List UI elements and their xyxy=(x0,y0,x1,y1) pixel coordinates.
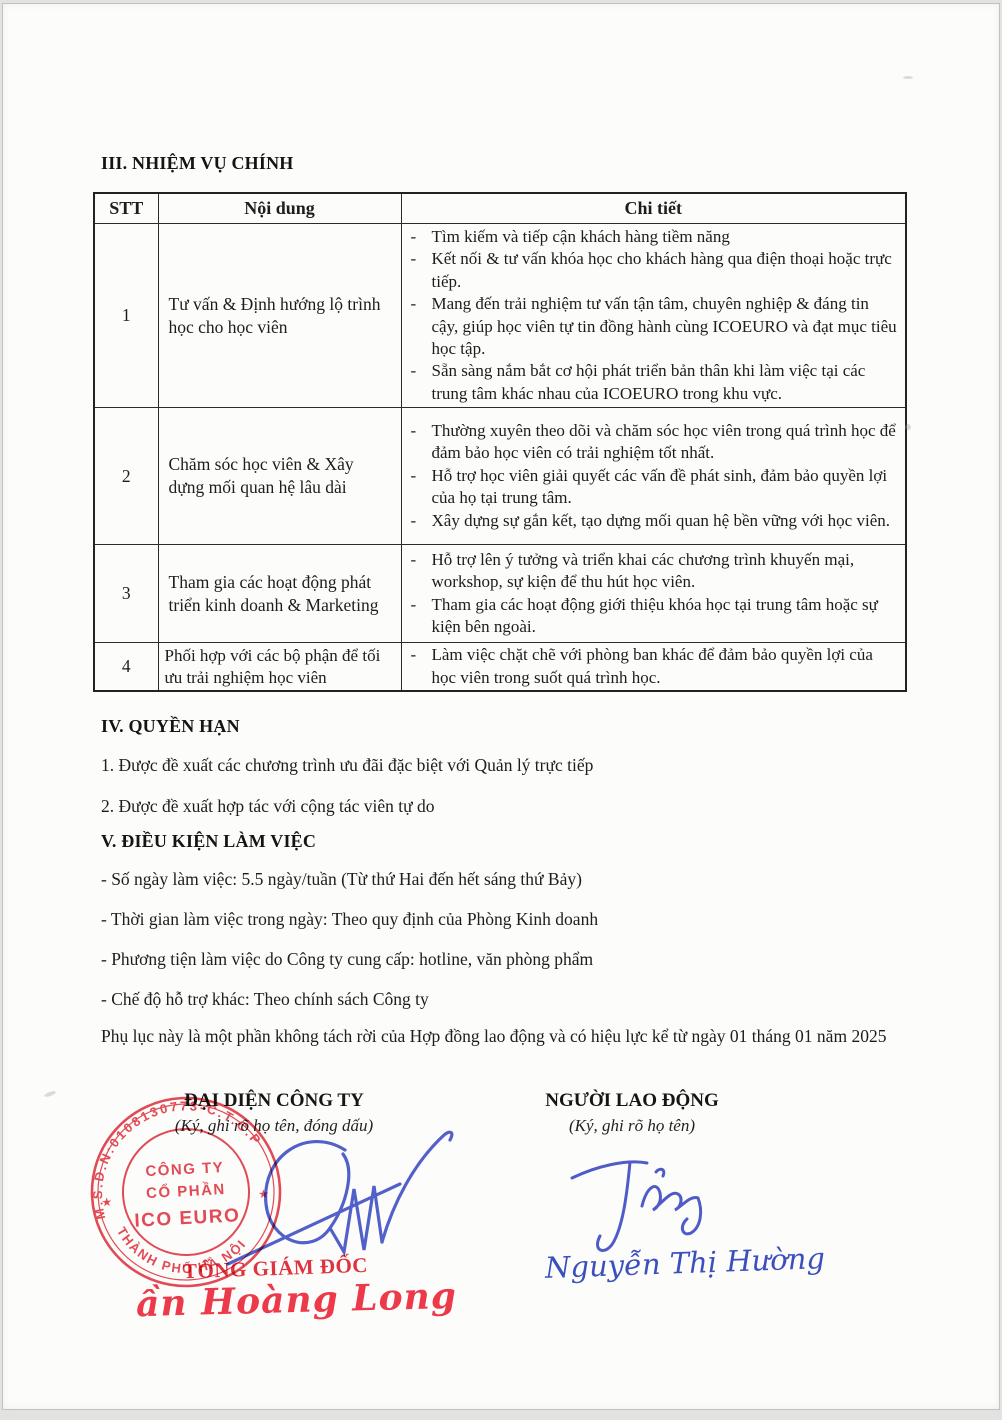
table-row: 3 Tham gia các hoạt động phát triển kinh… xyxy=(94,545,906,643)
table-row: 2 Chăm sóc học viên & Xây dựng mối quan … xyxy=(94,408,906,545)
section-3-title: III. NHIỆM VỤ CHÍNH xyxy=(101,153,294,174)
detail-item: -Thường xuyên theo dõi và chăm sóc học v… xyxy=(402,420,902,465)
right-item-1: 1. Được đề xuất các chương trình ưu đãi … xyxy=(101,755,593,776)
signature-cross-stroke xyxy=(228,1184,400,1264)
col-header-noidung: Nội dung xyxy=(158,193,401,224)
detail-item: -Tìm kiếm và tiếp cận khách hàng tiềm nă… xyxy=(402,226,902,248)
bullet-dash: - xyxy=(402,248,432,293)
right-item-2: 2. Được đề xuất hợp tác với cộng tác viê… xyxy=(101,796,434,817)
scan-artifact xyxy=(903,76,913,79)
signature-squiggle-stroke xyxy=(642,1187,698,1210)
stamp-company-line-1: CÔNG TY xyxy=(145,1158,225,1180)
detail-text: Xây dựng sự gắn kết, tạo dựng mối quan h… xyxy=(432,510,902,532)
detail-text: Làm việc chặt chẽ với phòng ban khác để … xyxy=(432,644,902,689)
employee-sign-note: (Ký, ghi rõ họ tên) xyxy=(512,1116,752,1136)
section-4-title: IV. QUYỀN HẠN xyxy=(101,716,240,737)
row-2-details: -Thường xuyên theo dõi và chăm sóc học v… xyxy=(401,408,906,545)
duties-table: STT Nội dung Chi tiết 1 Tư vấn & Định hư… xyxy=(93,192,907,692)
employee-pen-signature xyxy=(552,1148,762,1258)
bullet-dash: - xyxy=(402,594,432,639)
detail-text: Kết nối & tư vấn khóa học cho khách hàng… xyxy=(432,248,902,293)
detail-text: Hỗ trợ lên ý tưởng và triển khai các chư… xyxy=(432,549,902,594)
bullet-dash: - xyxy=(402,644,432,689)
detail-item: -Hỗ trợ lên ý tưởng và triển khai các ch… xyxy=(402,549,902,594)
bullet-dash: - xyxy=(402,465,432,510)
row-1-details: -Tìm kiếm và tiếp cận khách hàng tiềm nă… xyxy=(401,224,906,408)
condition-item-1: - Số ngày làm việc: 5.5 ngày/tuần (Từ th… xyxy=(101,869,582,890)
table-row: 4 Phối hợp với các bộ phận để tối ưu trả… xyxy=(94,643,906,692)
detail-text: Sẵn sàng nắm bắt cơ hội phát triển bản t… xyxy=(432,360,902,405)
detail-text: Tham gia các hoạt động giới thiệu khóa h… xyxy=(432,594,902,639)
stamp-star-left-icon: ★ xyxy=(101,1195,112,1210)
bullet-dash: - xyxy=(402,226,432,248)
row-2-stt: 2 xyxy=(94,408,158,545)
row-3-stt: 3 xyxy=(94,545,158,643)
scanned-contract-page: { "s3": { "title": "III. NHIỆM VỤ CHÍNH"… xyxy=(0,0,1002,1420)
row-4-stt: 4 xyxy=(94,643,158,692)
row-4-details: -Làm việc chặt chẽ với phòng ban khác để… xyxy=(401,643,906,692)
signature-downstroke xyxy=(597,1162,630,1250)
row-1-stt: 1 xyxy=(94,224,158,408)
row-1-topic: Tư vấn & Định hướng lộ trình học cho học… xyxy=(158,224,401,408)
detail-item: -Hỗ trợ học viên giải quyết các vấn đề p… xyxy=(402,465,902,510)
detail-text: Hỗ trợ học viên giải quyết các vấn đề ph… xyxy=(432,465,902,510)
bullet-dash: - xyxy=(402,293,432,360)
detail-item: -Sẵn sàng nắm bắt cơ hội phát triển bản … xyxy=(402,360,902,405)
bullet-dash: - xyxy=(402,420,432,465)
detail-item: -Kết nối & tư vấn khóa học cho khách hàn… xyxy=(402,248,902,293)
detail-item: -Làm việc chặt chẽ với phòng ban khác để… xyxy=(402,644,902,689)
detail-item: -Mang đến trải nghiệm tư vấn tận tâm, ch… xyxy=(402,293,902,360)
row-4-topic: Phối hợp với các bộ phận để tối ưu trải … xyxy=(158,643,401,692)
condition-item-3: - Phương tiện làm việc do Công ty cung c… xyxy=(101,949,593,970)
signature-tbar-stroke xyxy=(572,1162,647,1178)
signature-diacritic-stroke xyxy=(656,1169,664,1176)
detail-text: Tìm kiếm và tiếp cận khách hàng tiềm năn… xyxy=(432,226,902,248)
col-header-stt: STT xyxy=(94,193,158,224)
detail-item: -Xây dựng sự gắn kết, tạo dựng mối quan … xyxy=(402,510,902,532)
row-3-topic: Tham gia các hoạt động phát triển kinh d… xyxy=(158,545,401,643)
employee-title: NGƯỜI LAO ĐỘNG xyxy=(512,1090,752,1112)
scan-artifact xyxy=(905,424,911,430)
condition-item-4: - Chế độ hỗ trợ khác: Theo chính sách Cô… xyxy=(101,989,429,1010)
row-3-details: -Hỗ trợ lên ý tưởng và triển khai các ch… xyxy=(401,545,906,643)
bullet-dash: - xyxy=(402,510,432,532)
closing-paragraph: Phụ lục này là một phần không tách rời c… xyxy=(101,1021,925,1052)
table-header-row: STT Nội dung Chi tiết xyxy=(94,193,906,224)
director-name-stamp: ần Hoàng Long xyxy=(136,1275,458,1325)
section-5-title: V. ĐIỀU KIỆN LÀM VIỆC xyxy=(101,831,316,852)
bullet-dash: - xyxy=(402,549,432,594)
table-row: 1 Tư vấn & Định hướng lộ trình học cho h… xyxy=(94,224,906,408)
detail-text: Mang đến trải nghiệm tư vấn tận tâm, chu… xyxy=(432,293,902,360)
bullet-dash: - xyxy=(402,360,432,405)
col-header-chitiet: Chi tiết xyxy=(401,193,906,224)
row-2-topic: Chăm sóc học viên & Xây dựng mối quan hệ… xyxy=(158,408,401,545)
condition-item-2: - Thời gian làm việc trong ngày: Theo qu… xyxy=(101,909,598,930)
detail-text: Thường xuyên theo dõi và chăm sóc học vi… xyxy=(432,420,902,465)
detail-item: -Tham gia các hoạt động giới thiệu khóa … xyxy=(402,594,902,639)
